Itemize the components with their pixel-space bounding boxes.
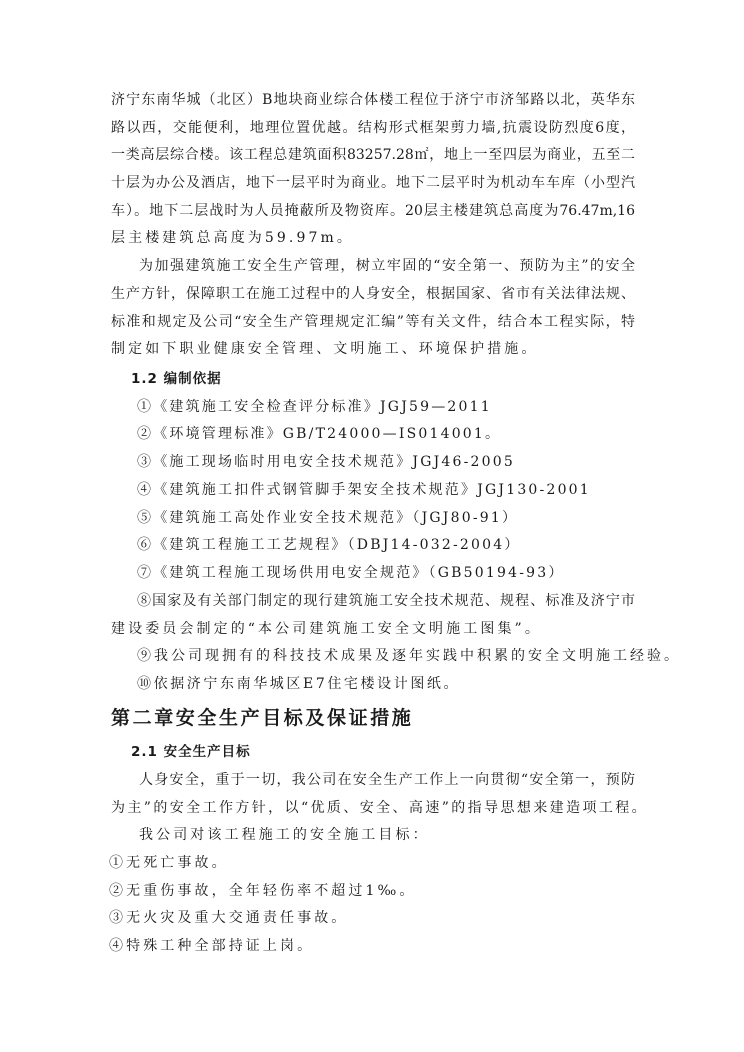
- reference-item-5: ⑤《建筑施工高处作业安全技术规范》（JGJ80-91）: [137, 508, 661, 528]
- safety-goal-1: ①无死亡事故。: [109, 853, 633, 873]
- safety-paragraph-line-1: 人身安全，重于一切，我公司在安全生产工作上一向贯彻“安全第一，预防: [139, 770, 635, 790]
- intro-line-6: 层主楼建筑总高度为59.97m。: [111, 228, 635, 248]
- safety-paragraph-line-2: 为主”的安全工作方针，以“优质、安全、高速”的指导思想来建造项工程。: [111, 798, 635, 818]
- section-2-1-heading: 2.1 安全生产目标: [131, 742, 655, 762]
- reference-item-6: ⑥《建筑工程施工工艺规程》（DBJ14-032-2004）: [137, 535, 661, 555]
- intro-line-2: 路以西，交能便利，地理位置优越。结构形式框架剪力墙,抗震设防烈度6度，: [111, 118, 635, 138]
- reference-item-3: ③《施工现场临时用电安全技术规范》JGJ46-2005: [137, 452, 661, 472]
- purpose-line-4: 制定如下职业健康安全管理、文明施工、环境保护措施。: [111, 339, 635, 359]
- chapter-2-heading: 第二章安全生产目标及保证措施: [111, 705, 635, 731]
- purpose-line-1: 为加强建筑施工安全生产管理，树立牢固的“安全第一、预防为主”的安全: [139, 256, 635, 276]
- safety-goal-3: ③无火灾及重大交通责任事故。: [109, 908, 633, 928]
- reference-item-9: ⑨我公司现拥有的科技技术成果及逐年实践中积累的安全文明施工经验。: [137, 646, 661, 666]
- reference-item-4: ④《建筑施工扣件式钢管脚手架安全技术规范》JGJ130-2001: [137, 480, 661, 500]
- purpose-line-3: 标准和规定及公司“安全生产管理规定汇编”等有关文件，结合本工程实际，特: [111, 312, 635, 332]
- reference-item-10: ⑩依据济宁东南华城区E7住宅楼设计图纸。: [137, 674, 661, 694]
- reference-item-2: ②《环境管理标准》GB/T24000—IS014001。: [137, 424, 661, 444]
- safety-goal-2: ②无重伤事故，全年轻伤率不超过1‰。: [109, 881, 633, 901]
- reference-item-1: ①《建筑施工安全检查评分标准》JGJ59—2011: [137, 397, 661, 417]
- section-1-2-heading: 1.2 编制依据: [131, 369, 655, 389]
- purpose-line-2: 生产方针，保障职工在施工过程中的人身安全，根据国家、省市有关法律法规、: [111, 284, 635, 304]
- safety-goal-4: ④特殊工种全部持证上岗。: [109, 936, 633, 956]
- safety-goals-intro: 我公司对该工程施工的安全施工目标：: [139, 825, 663, 845]
- intro-line-3: 一类高层综合楼。该工程总建筑面积83257.28㎡，地上一至四层为商业，五至二: [111, 145, 635, 165]
- reference-item-8-line-1: ⑧国家及有关部门制定的现行建筑施工安全技术规范、规程、标准及济宁市: [137, 591, 635, 611]
- reference-item-7: ⑦《建筑工程施工现场供用电安全规范》（GB50194-93）: [137, 563, 661, 583]
- intro-line-4: 十层为办公及酒店，地下一层平时为商业。地下二层平时为机动车车库（小型汽: [111, 173, 635, 193]
- document-page: 济宁东南华城（北区）B地块商业综合体楼工程位于济宁市济邹路以北，英华东 路以西，…: [0, 0, 744, 1052]
- intro-line-5: 车）。地下二层战时为人员掩蔽所及物资库。20层主楼建筑总高度为76.47m,16: [111, 201, 635, 221]
- intro-line-1: 济宁东南华城（北区）B地块商业综合体楼工程位于济宁市济邹路以北，英华东: [111, 90, 635, 110]
- reference-item-8-line-2: 建设委员会制定的“本公司建筑施工安全文明施工图集”。: [111, 619, 635, 639]
